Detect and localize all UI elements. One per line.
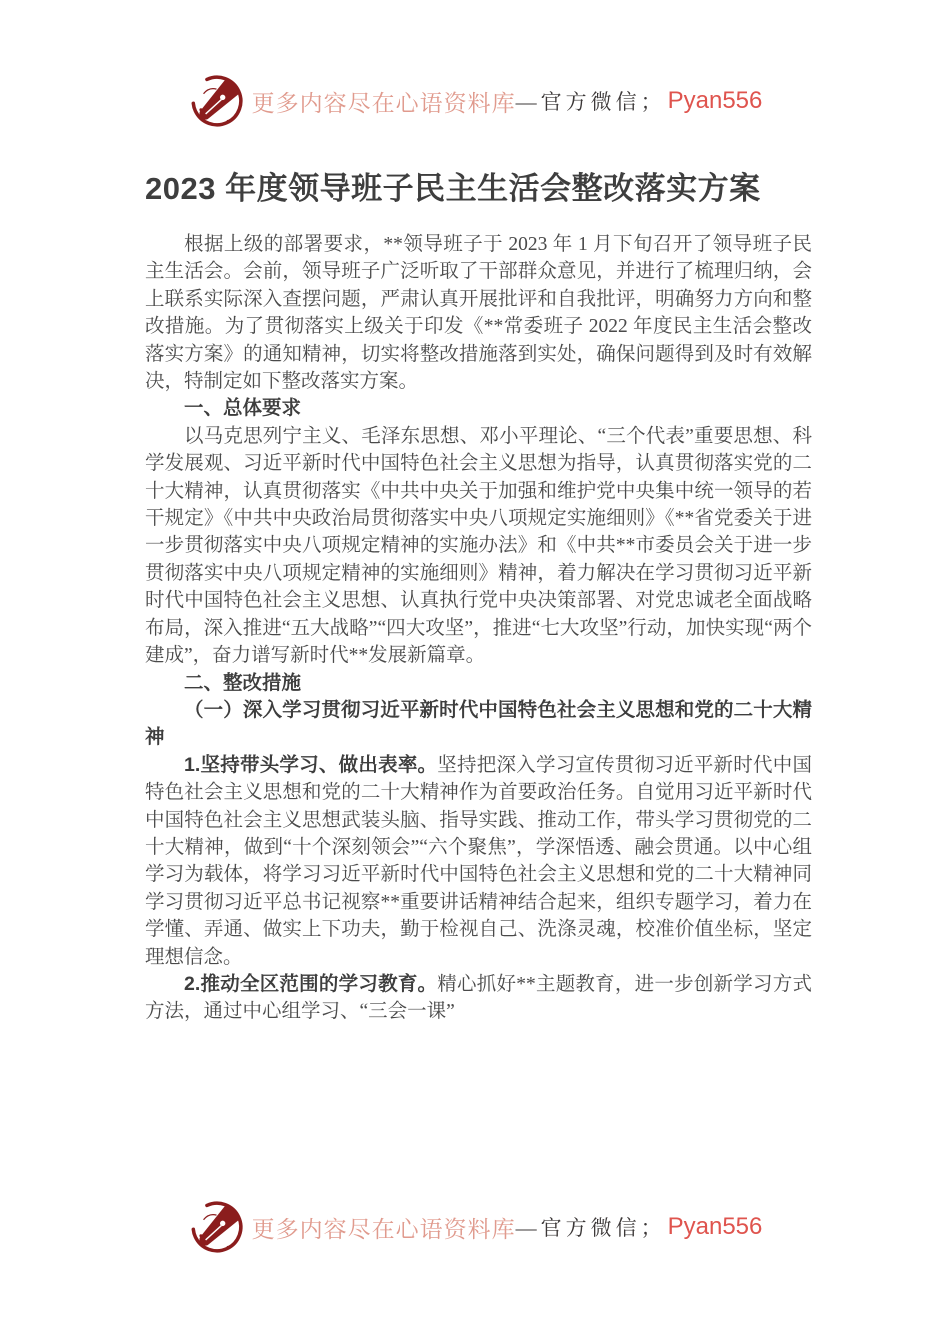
subsection-heading-study-thought: （一）深入学习贯彻习近平新时代中国特色社会主义思想和党的二十大精神 [145,697,812,752]
section-heading-overall-requirements: 一、总体要求 [145,395,812,422]
document-body: 根据上级的部署要求，**领导班子于 2023 年 1 月下旬召开了领导班子民主生… [145,231,812,1026]
brand-banner-text: 更多内容尽在心语资料库 [252,85,516,118]
section-heading-rectification-measures: 二、整改措施 [145,670,812,697]
brand-footer: 更多内容尽在心语资料库 —官方微信； Pyan556 [0,1198,950,1256]
wechat-id: Pyan556 [668,1213,763,1241]
paragraph-intro: 根据上级的部署要求，**领导班子于 2023 年 1 月下旬召开了领导班子民主生… [145,231,812,395]
wechat-id: Pyan556 [668,87,763,115]
item-1-lead: 1.坚持带头学习、做出表率。 [184,754,437,776]
wechat-label: —官方微信； [516,86,666,116]
brand-banner-text: 更多内容尽在心语资料库 [252,1211,516,1244]
item-2-lead: 2.推动全区范围的学习教育。 [184,973,437,995]
paragraph-item-2: 2.推动全区范围的学习教育。精心抓好**主题教育，进一步创新学习方式方法，通过中… [145,971,812,1026]
paragraph-item-1: 1.坚持带头学习、做出表率。坚持把深入学习宣传贯彻习近平新时代中国特色社会主义思… [145,752,812,971]
wechat-label: —官方微信； [516,1212,666,1242]
page-title: 2023 年度领导班子民主生活会整改落实方案 [145,169,835,209]
document-page: 更多内容尽在心语资料库 —官方微信； Pyan556 2023 年度领导班子民主… [0,0,950,1344]
paragraph-overall-requirements: 以马克思列宁主义、毛泽东思想、邓小平理论、“三个代表”重要思想、科学发展观、习近… [145,423,812,670]
pen-nib-circle-icon [188,1198,246,1256]
pen-nib-circle-icon [188,72,246,130]
item-1-text: 坚持把深入学习宣传贯彻习近平新时代中国特色社会主义思想和党的二十大精神作为首要政… [145,755,812,968]
brand-header: 更多内容尽在心语资料库 —官方微信； Pyan556 [0,72,950,130]
